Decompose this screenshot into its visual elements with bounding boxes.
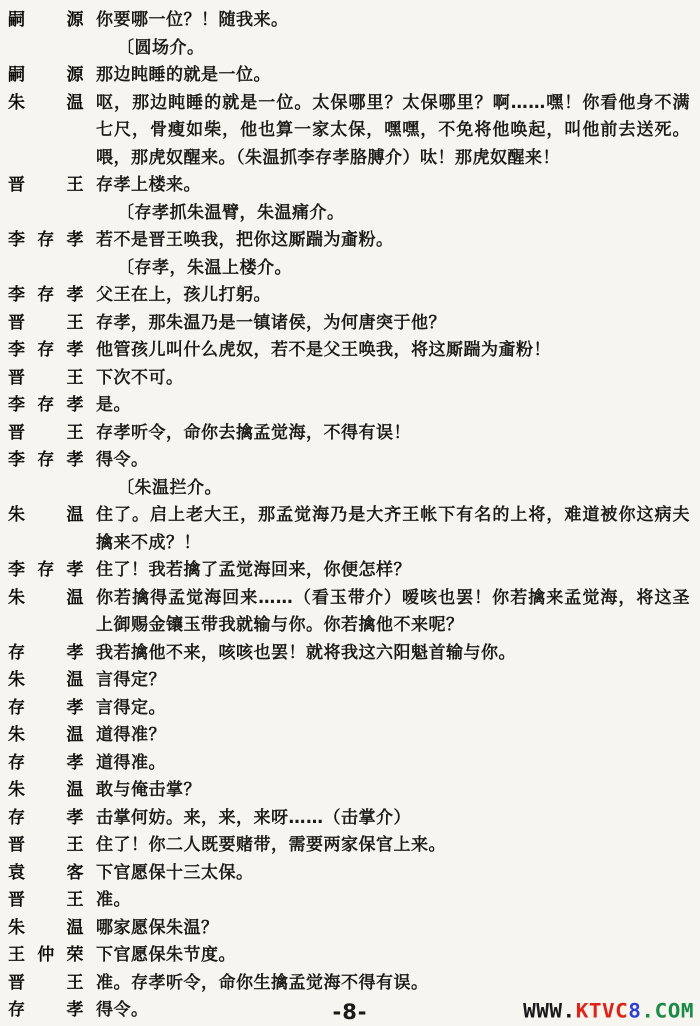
script-line: 晋王 准。存孝听令，命你生擒孟觉海不得有误。 [8, 970, 690, 998]
speaker-name: 李存孝 [8, 447, 84, 475]
line-text: 敢与俺击掌？ [96, 777, 690, 805]
speaker-name: 李存孝 [8, 337, 84, 365]
script-line: 〔存孝，朱温上楼介。 [8, 255, 690, 283]
speaker-name: 晋王 [8, 832, 84, 860]
line-text: 〔存孝抓朱温臂，朱温痛介。 [96, 200, 690, 228]
script-line: 〔圆场介。 [8, 35, 690, 63]
line-text: 你要哪一位？！随我来。 [96, 7, 690, 35]
line-text: 〔朱温拦介。 [96, 475, 690, 503]
line-text: 道得准？ [96, 722, 690, 750]
line-text: 我若擒他不来，咳咳也罢！就将我这六阳魁首输与你。 [96, 640, 690, 668]
speaker-name: 晋王 [8, 887, 84, 915]
line-text: 存孝上楼来。 [96, 172, 690, 200]
speaker-name: 晋王 [8, 365, 84, 393]
script-line: 朱温 哪家愿保朱温？ [8, 915, 690, 943]
line-text: 你若擒得孟觉海回来……（看玉带介）嗳咳也罢！你若擒来孟觉海，将这圣上御赐金镶玉带… [96, 585, 690, 640]
script-line: 晋王 存孝，那朱温乃是一镇诸侯，为何唐突于他？ [8, 310, 690, 338]
speaker-name: 存孝 [8, 640, 84, 668]
speaker-name: 朱温 [8, 90, 84, 118]
line-text: 哪家愿保朱温？ [96, 915, 690, 943]
line-text: 击掌何妨。来，来，来呀……（击掌介） [96, 805, 690, 833]
line-text: 他管孩儿叫什么虎奴，若不是父王唤我，将这厮踹为齑粉！ [96, 337, 690, 365]
watermark-ktvc8: WWW.KTVC8.COM [523, 1000, 694, 1022]
speaker-name: 李存孝 [8, 392, 84, 420]
speaker-name: 李存孝 [8, 557, 84, 585]
script-line: 存孝 我若擒他不来，咳咳也罢！就将我这六阳魁首输与你。 [8, 640, 690, 668]
speaker-name: 朱温 [8, 502, 84, 530]
speaker-name: 王仲荣 [8, 942, 84, 970]
speaker-name: 李存孝 [8, 227, 84, 255]
script-line: 李存孝 若不是晋王唤我，把你这厮踹为齑粉。 [8, 227, 690, 255]
speaker-name: 晋王 [8, 310, 84, 338]
line-text: 住了！我若擒了孟觉海回来，你便怎样？ [96, 557, 690, 585]
watermark-segment: KTVC [576, 1000, 629, 1022]
speaker-name: 嗣源 [8, 62, 84, 90]
line-text: 言得定？ [96, 667, 690, 695]
script-line: 存孝 击掌何妨。来，来，来呀……（击掌介） [8, 805, 690, 833]
speaker-name: 存孝 [8, 695, 84, 723]
script-line: 存孝 言得定。 [8, 695, 690, 723]
script-line: 晋王 准。 [8, 887, 690, 915]
script-line: 李存孝 是。 [8, 392, 690, 420]
script-line: 王仲荣 下官愿保朱节度。 [8, 942, 690, 970]
line-text: 道得准。 [96, 750, 690, 778]
line-text: 〔存孝，朱温上楼介。 [96, 255, 690, 283]
script-line: 晋王 住了！你二人既要赌带，需要两家保官上来。 [8, 832, 690, 860]
line-text: 言得定。 [96, 695, 690, 723]
line-text: 准。 [96, 887, 690, 915]
line-text: 存孝，那朱温乃是一镇诸侯，为何唐突于他？ [96, 310, 690, 338]
speaker-name: 朱温 [8, 585, 84, 613]
line-text: 存孝听令，命你去擒孟觉海，不得有误！ [96, 420, 690, 448]
script-line: 嗣源 那边盹睡的就是一位。 [8, 62, 690, 90]
speaker-name: 存孝 [8, 750, 84, 778]
page: 嗣源 你要哪一位？！随我来。 〔圆场介。 嗣源 那边盹睡的就是一位。 朱温 呕，… [0, 0, 700, 1026]
line-text: 若不是晋王唤我，把你这厮踹为齑粉。 [96, 227, 690, 255]
script-line: 袁客 下官愿保十三太保。 [8, 860, 690, 888]
line-text: 得令。 [96, 447, 690, 475]
script-line: 存孝 道得准。 [8, 750, 690, 778]
watermark-segment: WWW. [523, 1000, 576, 1022]
script-body: 嗣源 你要哪一位？！随我来。 〔圆场介。 嗣源 那边盹睡的就是一位。 朱温 呕，… [8, 7, 690, 1025]
script-line: 晋王 下次不可。 [8, 365, 690, 393]
speaker-name: 袁客 [8, 860, 84, 888]
script-line: 李存孝 得令。 [8, 447, 690, 475]
speaker-name: 晋王 [8, 970, 84, 998]
speaker-name: 晋王 [8, 420, 84, 448]
script-line: 朱温 住了。启上老大王，那孟觉海乃是大齐王帐下有名的上将，难道被你这病夫擒来不成… [8, 502, 690, 557]
speaker-name: 朱温 [8, 915, 84, 943]
line-text: 下官愿保朱节度。 [96, 942, 690, 970]
watermark-segment: 8 [628, 1000, 641, 1022]
speaker-name: 朱温 [8, 777, 84, 805]
script-line: 〔存孝抓朱温臂，朱温痛介。 [8, 200, 690, 228]
line-text: 准。存孝听令，命你生擒孟觉海不得有误。 [96, 970, 690, 998]
script-line: 朱温 道得准？ [8, 722, 690, 750]
script-line: 朱温 言得定？ [8, 667, 690, 695]
watermark-segment: .COM [641, 1000, 694, 1022]
line-text: 〔圆场介。 [96, 35, 690, 63]
line-text: 住了！你二人既要赌带，需要两家保官上来。 [96, 832, 690, 860]
line-text: 呕，那边盹睡的就是一位。太保哪里？太保哪里？啊……嘿！你看他身不满七尺，骨瘦如柴… [96, 90, 690, 173]
line-text: 那边盹睡的就是一位。 [96, 62, 690, 90]
page-number: -8- [332, 1000, 367, 1024]
script-line: 朱温 呕，那边盹睡的就是一位。太保哪里？太保哪里？啊……嘿！你看他身不满七尺，骨… [8, 90, 690, 173]
script-line: 李存孝 他管孩儿叫什么虎奴，若不是父王唤我，将这厮踹为齑粉！ [8, 337, 690, 365]
script-line: 晋王 存孝上楼来。 [8, 172, 690, 200]
script-line: 朱温 你若擒得孟觉海回来……（看玉带介）嗳咳也罢！你若擒来孟觉海，将这圣上御赐金… [8, 585, 690, 640]
script-line: 〔朱温拦介。 [8, 475, 690, 503]
scanned-opera-script-page: { "page": { "number": "-8-", "background… [0, 0, 700, 1026]
script-line: 李存孝 父王在上，孩儿打躬。 [8, 282, 690, 310]
script-line: 李存孝 住了！我若擒了孟觉海回来，你便怎样？ [8, 557, 690, 585]
speaker-name: 李存孝 [8, 282, 84, 310]
line-text: 住了。启上老大王，那孟觉海乃是大齐王帐下有名的上将，难道被你这病夫擒来不成？！ [96, 502, 690, 557]
script-line: 朱温 敢与俺击掌？ [8, 777, 690, 805]
speaker-name: 晋王 [8, 172, 84, 200]
speaker-name: 存孝 [8, 997, 84, 1025]
speaker-name: 嗣源 [8, 7, 84, 35]
script-line: 嗣源 你要哪一位？！随我来。 [8, 7, 690, 35]
line-text: 父王在上，孩儿打躬。 [96, 282, 690, 310]
line-text: 下官愿保十三太保。 [96, 860, 690, 888]
speaker-name: 存孝 [8, 805, 84, 833]
speaker-name: 朱温 [8, 722, 84, 750]
speaker-name: 朱温 [8, 667, 84, 695]
line-text: 下次不可。 [96, 365, 690, 393]
line-text: 是。 [96, 392, 690, 420]
script-line: 晋王 存孝听令，命你去擒孟觉海，不得有误！ [8, 420, 690, 448]
